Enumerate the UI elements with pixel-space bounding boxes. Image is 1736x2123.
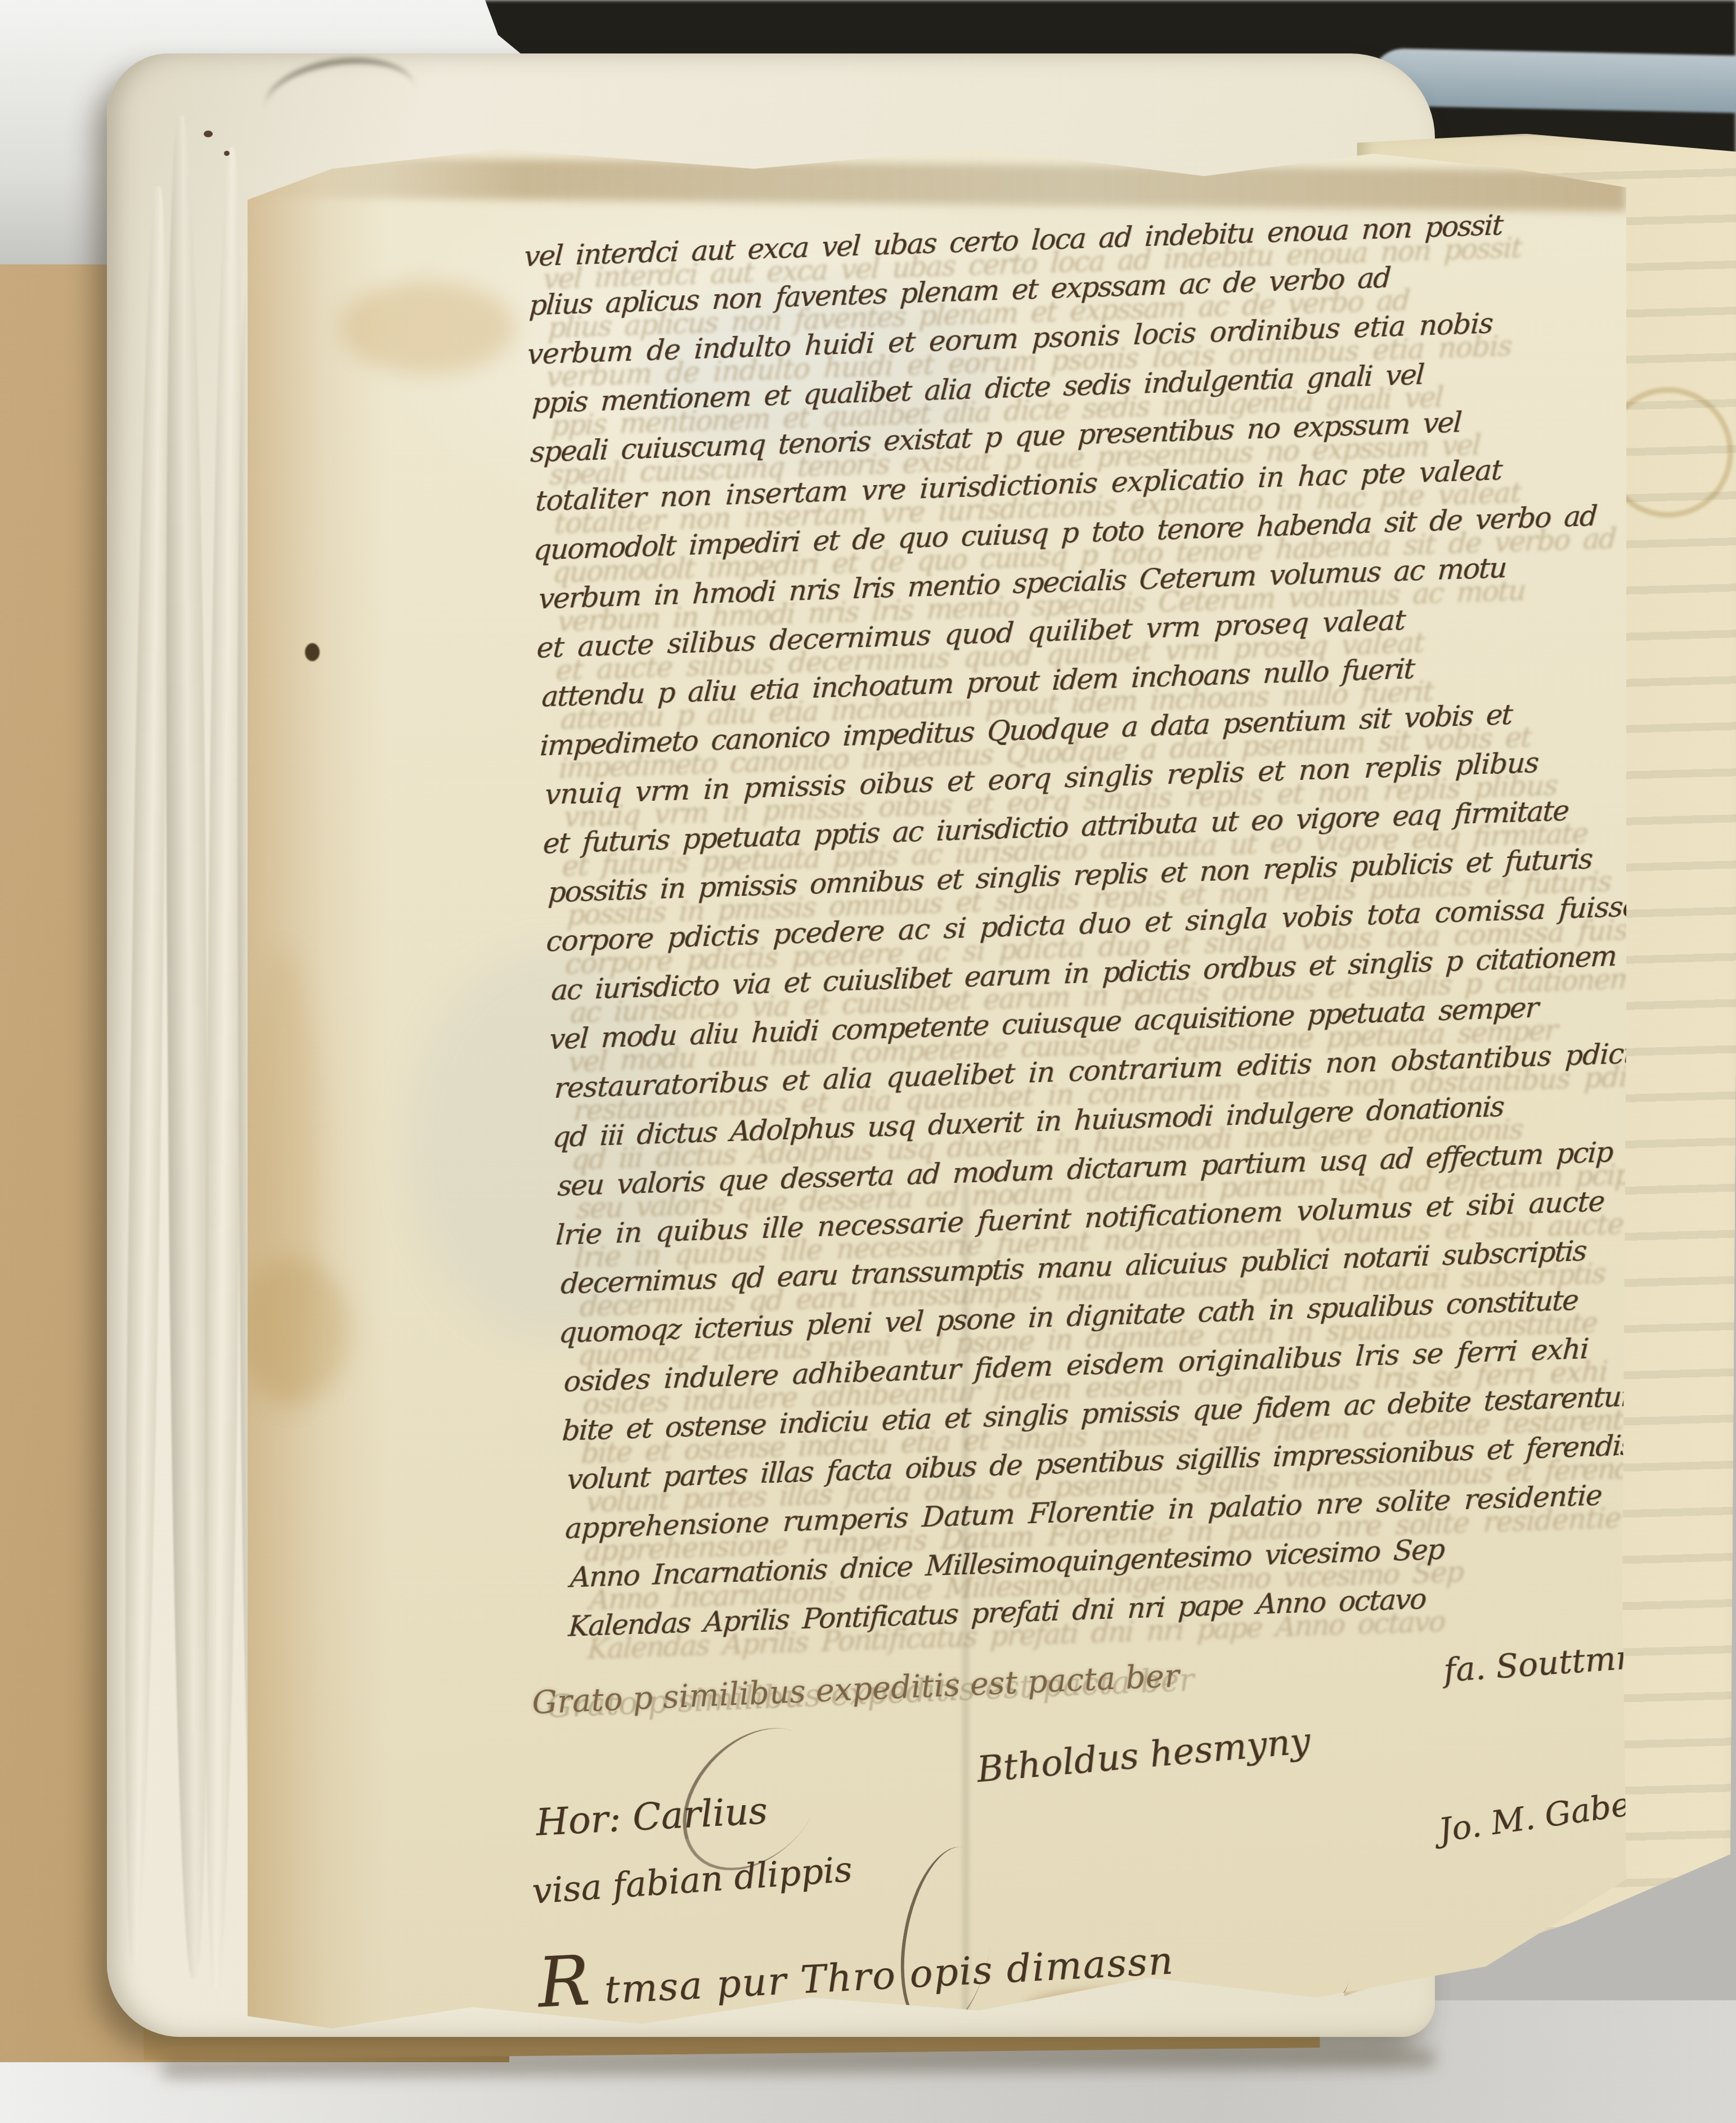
manuscript-text-block: vel interdci aut exca vel ubas certo loc…: [523, 198, 1638, 1651]
inscription-fa-souttmr: fa. Souttmr: [1442, 1638, 1632, 1689]
inscription-jo-m-gaben: Jo. M. Gaben: [1436, 1782, 1653, 1850]
ink-blot-stain: [305, 643, 320, 661]
ink-speck: [224, 151, 230, 156]
water-stain: [340, 281, 515, 374]
inscription-visa-fabian-dlippis: visa fabian dlippis: [531, 1848, 853, 1912]
water-stain: [248, 948, 321, 1410]
inscription-btholdus-hesmyny: Btholdus hesmyny: [975, 1720, 1312, 1791]
manuscript-page: vel interdci aut exca vel ubas certo loc…: [248, 115, 1626, 2062]
manuscript-photo-scene: vel interdci aut exca vel ubas certo loc…: [0, 0, 1736, 2123]
ink-speck: [204, 131, 213, 137]
